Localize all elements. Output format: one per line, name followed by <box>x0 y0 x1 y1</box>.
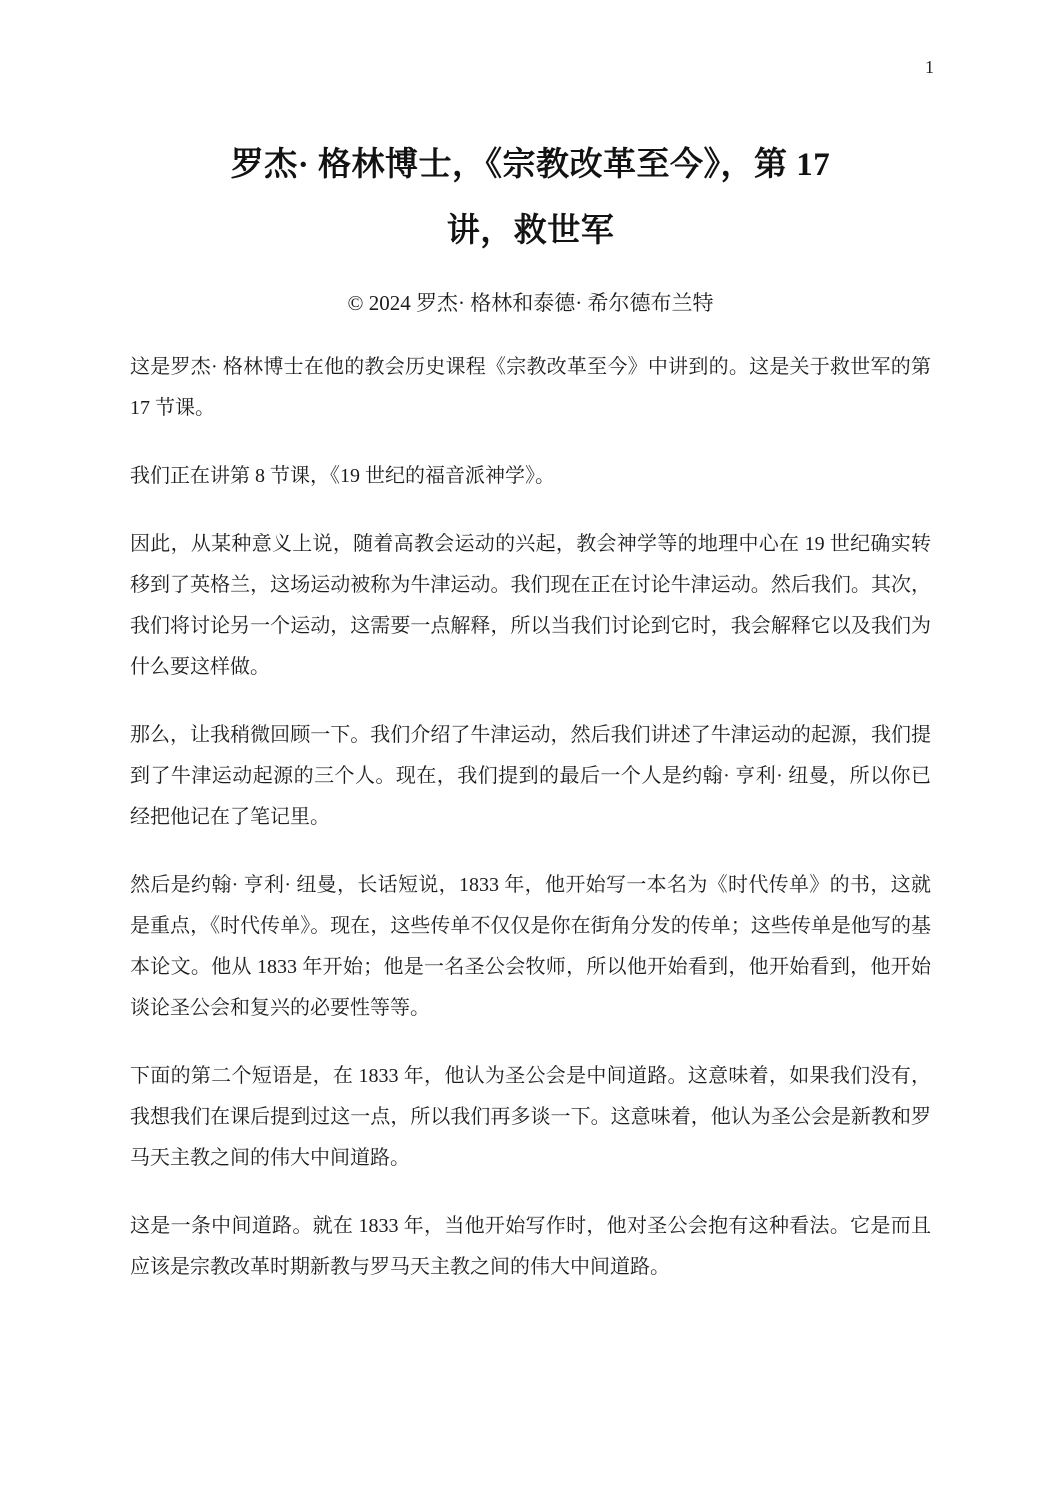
body-paragraph: 然后是约翰· 亨利· 纽曼，长话短说，1833 年，他开始写一本名为《时代传单》… <box>130 865 931 1029</box>
title-line-1: 罗杰· 格林博士，《宗教改革至今》，第 17 <box>130 132 931 198</box>
document-page: 1 罗杰· 格林博士，《宗教改革至今》，第 17 讲，救世军 © 2024 罗杰… <box>0 0 1058 1497</box>
title-line-2: 讲，救世军 <box>130 198 931 264</box>
body-paragraph: 那么，让我稍微回顾一下。我们介绍了牛津运动，然后我们讲述了牛津运动的起源，我们提… <box>130 715 931 838</box>
body-paragraph: 我们正在讲第 8 节课，《19 世纪的福音派神学》。 <box>130 456 931 497</box>
body-paragraph: 因此，从某种意义上说，随着高教会运动的兴起，教会神学等的地理中心在 19 世纪确… <box>130 524 931 688</box>
document-title: 罗杰· 格林博士，《宗教改革至今》，第 17 讲，救世军 <box>130 132 931 264</box>
body-paragraph: 这是罗杰· 格林博士在他的教会历史课程《宗教改革至今》中讲到的。这是关于救世军的… <box>130 347 931 429</box>
copyright-line: © 2024 罗杰· 格林和泰德· 希尔德布兰特 <box>130 286 931 320</box>
body-paragraph: 这是一条中间道路。就在 1833 年，当他开始写作时，他对圣公会抱有这种看法。它… <box>130 1206 931 1288</box>
body-paragraph: 下面的第二个短语是，在 1833 年，他认为圣公会是中间道路。这意味着，如果我们… <box>130 1056 931 1179</box>
document-body: 这是罗杰· 格林博士在他的教会历史课程《宗教改革至今》中讲到的。这是关于救世军的… <box>130 347 931 1288</box>
document-content: 罗杰· 格林博士，《宗教改革至今》，第 17 讲，救世军 © 2024 罗杰· … <box>130 0 931 1315</box>
